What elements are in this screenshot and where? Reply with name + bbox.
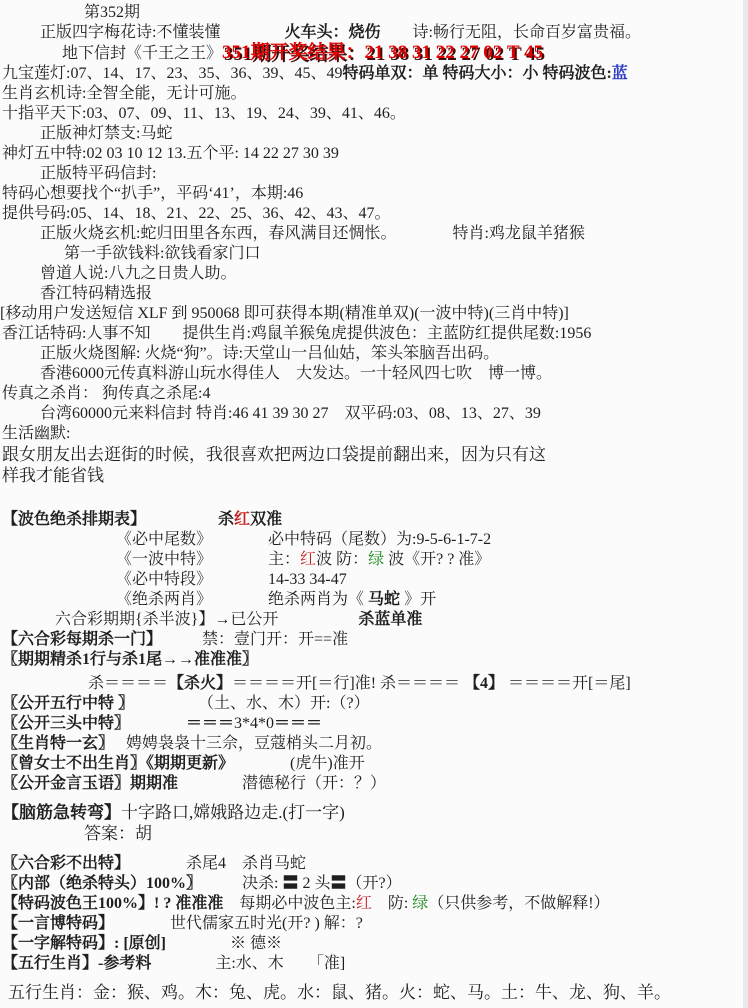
- text-segment: [278, 611, 358, 628]
- precise-kill-row-tail: 〖期期精杀1行与杀1尾→→准准准〗: [2, 650, 748, 670]
- text-segment: 【一字解特码】: [原创]: [2, 935, 166, 952]
- text-segment: [223, 895, 239, 912]
- text-segment: ＝＝＝＝开[＝行]准! 杀＝＝＝＝: [232, 675, 464, 692]
- madam-zeng-not-out: 〖曾女士不出生肖〗《期期更新》 (虎牛)准开: [2, 754, 748, 774]
- shen-lamp-ban: 正版神灯禁支:马蛇: [40, 124, 748, 144]
- text-segment: ※ 德※: [230, 935, 282, 952]
- life-humor-line2: 样我才能省钱: [2, 465, 748, 486]
- text-segment: （土、水、木）开:（?）: [206, 695, 370, 712]
- zodiac-mystery-poem: 生肖玄机诗:全智全能，无计可施。: [2, 84, 748, 104]
- text-segment: 台湾60000元来料信封 特肖:46 41 39 30 27 双平码:03、08…: [40, 405, 541, 422]
- taiwan-60000-envelope: 台湾60000元来料信封 特肖:46 41 39 30 27 双平码:03、08…: [40, 404, 748, 424]
- text-segment: 提供号码:05、14、18、21、22、25、36、42、43、47。: [2, 205, 390, 222]
- one-sentence-special: 【一言博特码】 世代儒家五时光(开? ) 解：?: [2, 914, 748, 934]
- fax-kill-zodiac-tail: 传真之杀肖： 狗传真之杀尾:4: [2, 384, 748, 404]
- first-money-hint: 第一手欲钱料:欲钱看家门口: [64, 244, 748, 264]
- text-segment: 曾道人说:八九之日贵人助。: [40, 265, 236, 282]
- text-segment: [220, 24, 284, 41]
- sms-notice: [移动用户发送短信 XLF 到 950068 即可获得本期(精准单双)(一波中特…: [0, 304, 748, 324]
- text-segment: （只供参考，不做解释!）: [428, 895, 609, 912]
- text-segment: ＝＝＝: [274, 715, 322, 732]
- text-segment: 传真之杀尾:4: [118, 385, 210, 402]
- text-segment: 杀: [218, 511, 234, 528]
- text-segment: 〖期期精杀1行与杀1尾→→准准准〗: [2, 651, 258, 668]
- five-elements-special: 〖公开五行中特 〗 （土、水、木）开:（?）: [2, 694, 748, 714]
- text-segment: [226, 755, 290, 772]
- text-segment: 波 防：: [316, 551, 368, 568]
- text-segment: 特码心想要找个“扒手”，平码‘41’，本期:46: [2, 185, 303, 202]
- text-segment: (虎牛)准开: [290, 755, 365, 772]
- text-segment: 《必中尾数》: [116, 531, 204, 548]
- zodiac-one-mystery: 〖生肖特一玄〗 娉娉袅袅十三佘，豆蔻梢头二月初。: [2, 734, 748, 754]
- text-segment: 必中特码（尾数）为:9-5-6-1-7-2: [268, 531, 491, 548]
- must-hit-tails: 《必中尾数》 必中特码（尾数）为:9-5-6-1-7-2: [116, 530, 748, 550]
- kill-two-zodiac: 《绝杀两肖》 绝杀两肖为《 马蛇 》开: [116, 590, 748, 610]
- text-segment: 杀＝＝＝＝: [88, 675, 168, 692]
- golden-words: 〖公开金言玉语〗期期准 潜德秘行（开：？）: [2, 774, 748, 794]
- internal-kill-head: 〖内部（绝杀特头）100%〗 决杀: 〓 2 头〓（开?）: [2, 874, 748, 894]
- xiangjiang-report-title: 香江特码精选报: [40, 284, 748, 304]
- red-wave-text: 红: [234, 511, 250, 528]
- text-segment: 诗:畅行无阻，长命百岁富贵福。: [413, 24, 641, 41]
- text-segment: 绝杀两肖为《: [268, 591, 368, 608]
- not-out-special: 〖六合彩不出特】 杀尾4 杀肖马蛇: [2, 854, 748, 874]
- text-segment: ＝＝＝: [186, 715, 234, 732]
- blue-wave-text: 蓝: [612, 65, 628, 82]
- text-segment: 地下信封《千王之王》: [62, 45, 222, 62]
- text-segment: 世代儒家五时光(开? ) 解：?: [170, 915, 363, 932]
- text-segment: 生肖玄机诗:全智全能，无计可施。: [2, 85, 246, 102]
- text-segment: 火车头：烧伤: [284, 24, 380, 41]
- five-element-zodiac-list: 五行生肖：金：猴、鸡。木：兔、虎。水：鼠、猪。火：蛇、马。土：牛、龙、狗、羊。: [8, 982, 748, 1003]
- text-segment: 《一波中特》: [116, 551, 204, 568]
- life-humor-line1: 跟女朋友出去逛街的时候，我很喜欢把两边口袋提前翻出来，因为只有这: [2, 444, 748, 465]
- text-segment: [204, 531, 268, 548]
- text-segment: 香港6000元传真料: [40, 365, 168, 382]
- text-segment: 提供生肖:鸡鼠羊猴兔虎提供波色：主蓝防红提供尾数:1956: [182, 325, 591, 342]
- wave-color-kill-header: 【波色绝杀排期表】 杀红双准: [2, 510, 748, 530]
- text-segment: 〖曾女士不出生肖〗《期期更新》: [2, 755, 226, 772]
- one-wave-special: 《一波中特》 主：红波 防：绿 波《开? ? 准》: [116, 550, 748, 570]
- text-segment: 《绝杀两肖》: [116, 591, 204, 608]
- brain-teaser-answer: 答案：胡: [84, 823, 748, 844]
- lottery-sheet: 第352期正版四字梅花诗:不懂装懂 火车头：烧伤 诗:畅行无阻，长命百岁富贵福。…: [0, 0, 748, 1003]
- special-flat-envelope: 正版特平码信封:: [40, 164, 748, 184]
- text-segment: 潜德秘行（开：？）: [242, 775, 386, 792]
- three-heads-special: 〖公开三头中特〗 ＝＝＝3*4*0＝＝＝: [2, 714, 748, 734]
- half-wave-kill: 六合彩期期{杀半波}】→已公开 杀蓝单准: [55, 610, 748, 630]
- text-segment: 《必中特段》: [116, 571, 204, 588]
- scrollbar-track[interactable]: [743, 0, 748, 1008]
- text-segment: 答案：胡: [84, 824, 152, 843]
- xiangjiang-special-code: 香江话特码:人事不知 提供生肖:鸡鼠羊猴兔虎提供波色：主蓝防红提供尾数:1956: [2, 324, 748, 344]
- text-segment: [106, 735, 126, 752]
- text-segment: 「准]: [316, 955, 345, 972]
- text-segment: [122, 855, 186, 872]
- text-segment: 六合彩期期{杀半波}】→已公开: [55, 611, 278, 628]
- text-segment: ＝＝＝＝开[＝尾]: [504, 675, 631, 692]
- text-segment: 特码单双：单 特码大小：小 特码波色:: [342, 65, 611, 82]
- text-segment: [移动用户发送短信 XLF 到 950068 即可获得本期(精准单双)(一波中特…: [0, 305, 569, 322]
- shen-lamp-five-special: 神灯五中特:02 03 10 12 13.五个平: 14 22 27 30 39: [2, 144, 748, 164]
- text-segment: 【波色绝杀排期表】: [2, 511, 138, 528]
- text-segment: 特肖:鸡龙鼠羊猪猴: [452, 225, 584, 242]
- text-segment: 第352期: [84, 4, 140, 21]
- zengdao-says: 曾道人说:八九之日贵人助。: [40, 264, 748, 284]
- green-wave-text: 绿: [412, 895, 428, 912]
- text-segment: 禁：壹门开：开==准: [202, 631, 348, 648]
- text-segment: 【五行生肖】-参考料: [2, 955, 151, 972]
- draw-result-text: 351期开奖结果：21 38 31 22 27 02 T 45: [222, 42, 543, 63]
- text-segment: 》开: [400, 591, 436, 608]
- text-segment: 防:: [372, 895, 412, 912]
- nine-treasure-lotus-lamp: 九宝莲灯:07、14、17、23、35、36、39、45、49特码单双：单 特码…: [2, 64, 748, 84]
- text-segment: （开?）: [347, 875, 402, 892]
- text-segment: 正版特平码信封:: [40, 165, 156, 182]
- text-segment: 〓: [282, 875, 298, 892]
- text-segment: [106, 915, 170, 932]
- red-wave-text: 红: [356, 895, 372, 912]
- text-segment: [284, 955, 316, 972]
- text-segment: 【脑筋急转弯】: [2, 803, 121, 822]
- text-segment: [204, 571, 268, 588]
- text-segment: 正版火烧玄机:蛇归田里各东西，春风满目还惆怅。: [40, 225, 388, 242]
- text-segment: [122, 715, 186, 732]
- text-segment: 游山玩水得佳人 大发达。一十轻风四七吹 博一博。: [168, 365, 552, 382]
- text-segment: 【杀火】: [168, 675, 232, 692]
- text-segment: 14-33 34-47: [268, 571, 347, 588]
- text-segment: 〖内部（绝杀特头）100%〗: [2, 875, 194, 892]
- text-segment: 〖公开三头中特〗: [2, 715, 122, 732]
- hk-6000-fax: 香港6000元传真料游山玩水得佳人 大发达。一十轻风四七吹 博一博。: [40, 364, 748, 384]
- one-char-special: 【一字解特码】: [原创] ※ 德※: [2, 934, 748, 954]
- text-segment: [150, 325, 182, 342]
- fire-burn-mystery: 正版火烧玄机:蛇归田里各东西，春风满目还惆怅。 特肖:鸡龙鼠羊猪猴: [40, 224, 748, 244]
- text-segment: [380, 24, 412, 41]
- text-segment: 〓: [331, 875, 347, 892]
- text-segment: 每期必中波色主:: [239, 895, 355, 912]
- text-segment: [166, 935, 230, 952]
- green-wave-text: 绿: [368, 551, 384, 568]
- text-segment: 传真之杀肖： 狗: [2, 385, 118, 402]
- special-code-hint: 特码心想要找个“扒手”，平码‘41’，本期:46: [2, 184, 748, 204]
- text-segment: [138, 511, 218, 528]
- text-segment: 香江话特码:人事不知: [2, 325, 150, 342]
- text-segment: 香江特码精选报: [40, 285, 152, 302]
- text-segment: 十字路口,嫦娥路边走.(打一字): [121, 803, 345, 822]
- must-hit-segment: 《必中特段》 14-33 34-47: [116, 570, 748, 590]
- text-segment: [126, 695, 206, 712]
- text-segment: 〖公开五行中特 〗: [2, 695, 126, 712]
- text-segment: 双准: [250, 511, 282, 528]
- text-segment: 十指平天下:03、07、09、11、13、19、24、39、41、46。: [2, 105, 406, 122]
- text-segment: 样我才能省钱: [2, 466, 104, 485]
- underground-envelope-result: 地下信封《千王之王》351期开奖结果：21 38 31 22 27 02 T 4…: [62, 43, 748, 64]
- text-segment: [151, 955, 215, 972]
- period-title: 第352期: [84, 3, 748, 23]
- text-segment: 〖公开金言玉语〗期期准: [2, 775, 178, 792]
- text-segment: [178, 775, 242, 792]
- text-segment: 波《开? ? 准》: [384, 551, 490, 568]
- fire-burn-diagram: 正版火烧图解: 火烧“狗”。诗:天堂山一吕仙姑，笨头笨脑吾出码。: [40, 344, 748, 364]
- text-segment: 正版神灯禁支:马蛇: [40, 125, 172, 142]
- life-humor-title: 生活幽默:: [2, 424, 748, 444]
- text-segment: [194, 875, 242, 892]
- text-segment: 主:水、木: [215, 955, 283, 972]
- text-segment: 3*4*0: [234, 715, 274, 732]
- text-segment: 主：: [268, 551, 300, 568]
- text-segment: 〖六合彩不出特】: [2, 855, 122, 872]
- text-segment: 娉娉袅袅十三佘，豆蔻梢头二月初。: [126, 735, 382, 752]
- text-segment: 【特码波色王100%】! ? 准准准: [2, 895, 223, 912]
- text-segment: 决杀:: [242, 875, 282, 892]
- text-segment: 五行生肖：金：猴、鸡。木：兔、虎。水：鼠、猪。火：蛇、马。土：牛、龙、狗、羊。: [8, 983, 671, 1002]
- text-segment: 跟女朋友出去逛街的时候，我很喜欢把两边口袋提前翻出来，因为只有这: [2, 445, 546, 464]
- text-segment: 生活幽默:: [2, 425, 70, 442]
- text-segment: 【一言博特码】: [2, 915, 106, 932]
- text-segment: [154, 631, 202, 648]
- text-segment: 正版四字梅花诗:不懂装懂: [40, 24, 220, 41]
- text-segment: 九宝莲灯:07、14、17、23、35、36、39、45、49: [2, 65, 342, 82]
- provided-numbers: 提供号码:05、14、18、21、22、25、36、42、43、47。: [2, 204, 748, 224]
- text-segment: 杀蓝单准: [358, 611, 422, 628]
- text-segment: [204, 551, 268, 568]
- text-segment: 〖生肖特一玄〗: [2, 735, 106, 752]
- kill-fire-line: 杀＝＝＝＝【杀火】＝＝＝＝开[＝行]准! 杀＝＝＝＝ 【4】 ＝＝＝＝开[＝尾]: [88, 674, 748, 694]
- text-segment: [204, 591, 268, 608]
- text-segment: 【六合彩每期杀一门】: [2, 631, 154, 648]
- text-segment: 杀尾4 杀肖马蛇: [186, 855, 306, 872]
- text-segment: 【4】: [464, 675, 504, 692]
- four-char-plum-poem: 正版四字梅花诗:不懂装懂 火车头：烧伤 诗:畅行无阻，长命百岁富贵福。: [40, 23, 748, 43]
- wave-color-king: 【特码波色王100%】! ? 准准准 每期必中波色主:红 防: 绿（只供参考，不…: [2, 894, 748, 914]
- kill-one-door: 【六合彩每期杀一门】 禁：壹门开：开==准: [2, 630, 748, 650]
- ten-fingers-numbers: 十指平天下:03、07、09、11、13、19、24、39、41、46。: [2, 104, 748, 124]
- text-segment: 正版火烧图解: 火烧“狗”。诗:天堂山一吕仙姑，笨头笨脑吾出码。: [40, 345, 499, 362]
- text-segment: 马蛇: [368, 591, 400, 608]
- five-element-zodiac-ref: 【五行生肖】-参考料 主:水、木 「准]: [2, 954, 748, 974]
- text-segment: 2 头: [299, 875, 331, 892]
- text-segment: [388, 225, 452, 242]
- text-segment: 神灯五中特:02 03 10 12 13.五个平: 14 22 27 30 39: [2, 145, 339, 162]
- brain-teaser: 【脑筋急转弯】十字路口,嫦娥路边走.(打一字): [2, 802, 748, 823]
- red-wave-text: 红: [300, 551, 316, 568]
- text-segment: 第一手欲钱料:欲钱看家门口: [64, 245, 260, 262]
